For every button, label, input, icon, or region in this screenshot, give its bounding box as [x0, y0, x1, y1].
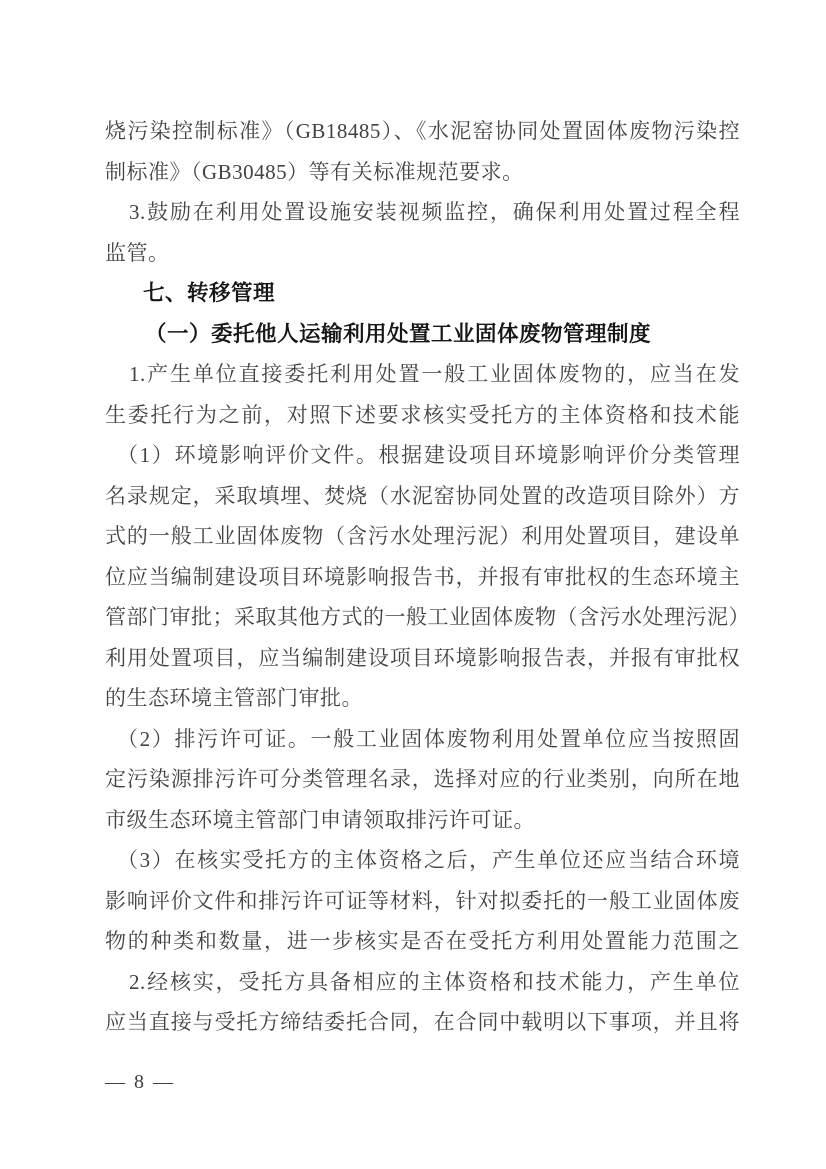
- text-line: 制标准》（GB30485）等有关标准规范要求。: [105, 152, 740, 193]
- text-line: 利用处置项目，应当编制建设项目环境影响报告表，并报有审批权: [105, 638, 740, 679]
- text-line: 物的种类和数量，进一步核实是否在受托方利用处置能力范围之内。: [105, 921, 740, 962]
- paragraph: 烧污染控制标准》（GB18485）、《水泥窑协同处置固体废物污染控制标准》（GB…: [105, 111, 740, 192]
- text-line: 七、转移管理: [105, 273, 740, 314]
- text-line: 市级生态环境主管部门申请领取排污许可证。: [105, 800, 740, 841]
- paragraph: （2）排污许可证。一般工业固体废物利用处置单位应当按照固定污染源排污许可分类管理…: [105, 719, 740, 841]
- text-line: 2.经核实，受托方具备相应的主体资格和技术能力，产生单位: [105, 962, 740, 1003]
- section-heading: 七、转移管理: [105, 273, 740, 314]
- text-line: 位应当编制建设项目环境影响报告书，并报有审批权的生态环境主: [105, 557, 740, 598]
- text-line: （2）排污许可证。一般工业固体废物利用处置单位应当按照固: [105, 719, 740, 760]
- text-line: （一）委托他人运输利用处置工业固体废物管理制度: [105, 314, 740, 355]
- text-line: （1）环境影响评价文件。根据建设项目环境影响评价分类管理: [105, 435, 740, 476]
- text-line: 1.产生单位直接委托利用处置一般工业固体废物的，应当在发: [105, 354, 740, 395]
- text-line: 生委托行为之前，对照下述要求核实受托方的主体资格和技术能力。: [105, 395, 740, 436]
- text-line: 式的一般工业固体废物（含污水处理污泥）利用处置项目，建设单: [105, 516, 740, 557]
- text-line: 监管。: [105, 233, 740, 274]
- paragraph: 3.鼓励在利用处置设施安装视频监控，确保利用处置过程全程监管。: [105, 192, 740, 273]
- text-line: 的生态环境主管部门审批。: [105, 678, 740, 719]
- text-line: 烧污染控制标准》（GB18485）、《水泥窑协同处置固体废物污染控: [105, 111, 740, 152]
- text-line: 3.鼓励在利用处置设施安装视频监控，确保利用处置过程全程: [105, 192, 740, 233]
- text-line: 定污染源排污许可分类管理名录，选择对应的行业类别，向所在地: [105, 759, 740, 800]
- section-heading: （一）委托他人运输利用处置工业固体废物管理制度: [105, 314, 740, 355]
- document-body: 烧污染控制标准》（GB18485）、《水泥窑协同处置固体废物污染控制标准》（GB…: [105, 111, 740, 1043]
- paragraph: （1）环境影响评价文件。根据建设项目环境影响评价分类管理名录规定，采取填埋、焚烧…: [105, 435, 740, 719]
- text-line: 应当直接与受托方缔结委托合同，在合同中载明以下事项，并且将: [105, 1002, 740, 1043]
- page-number: — 8 —: [105, 1071, 175, 1094]
- paragraph: （3）在核实受托方的主体资格之后，产生单位还应当结合环境影响评价文件和排污许可证…: [105, 840, 740, 962]
- document-page: 烧污染控制标准》（GB18485）、《水泥窑协同处置固体废物污染控制标准》（GB…: [0, 0, 826, 1169]
- paragraph: 2.经核实，受托方具备相应的主体资格和技术能力，产生单位应当直接与受托方缔结委托…: [105, 962, 740, 1043]
- text-line: 名录规定，采取填埋、焚烧（水泥窑协同处置的改造项目除外）方: [105, 476, 740, 517]
- paragraph: 1.产生单位直接委托利用处置一般工业固体废物的，应当在发生委托行为之前，对照下述…: [105, 354, 740, 435]
- text-line: 影响评价文件和排污许可证等材料，针对拟委托的一般工业固体废: [105, 881, 740, 922]
- text-line: 管部门审批；采取其他方式的一般工业固体废物（含污水处理污泥）: [105, 597, 740, 638]
- text-line: （3）在核实受托方的主体资格之后，产生单位还应当结合环境: [105, 840, 740, 881]
